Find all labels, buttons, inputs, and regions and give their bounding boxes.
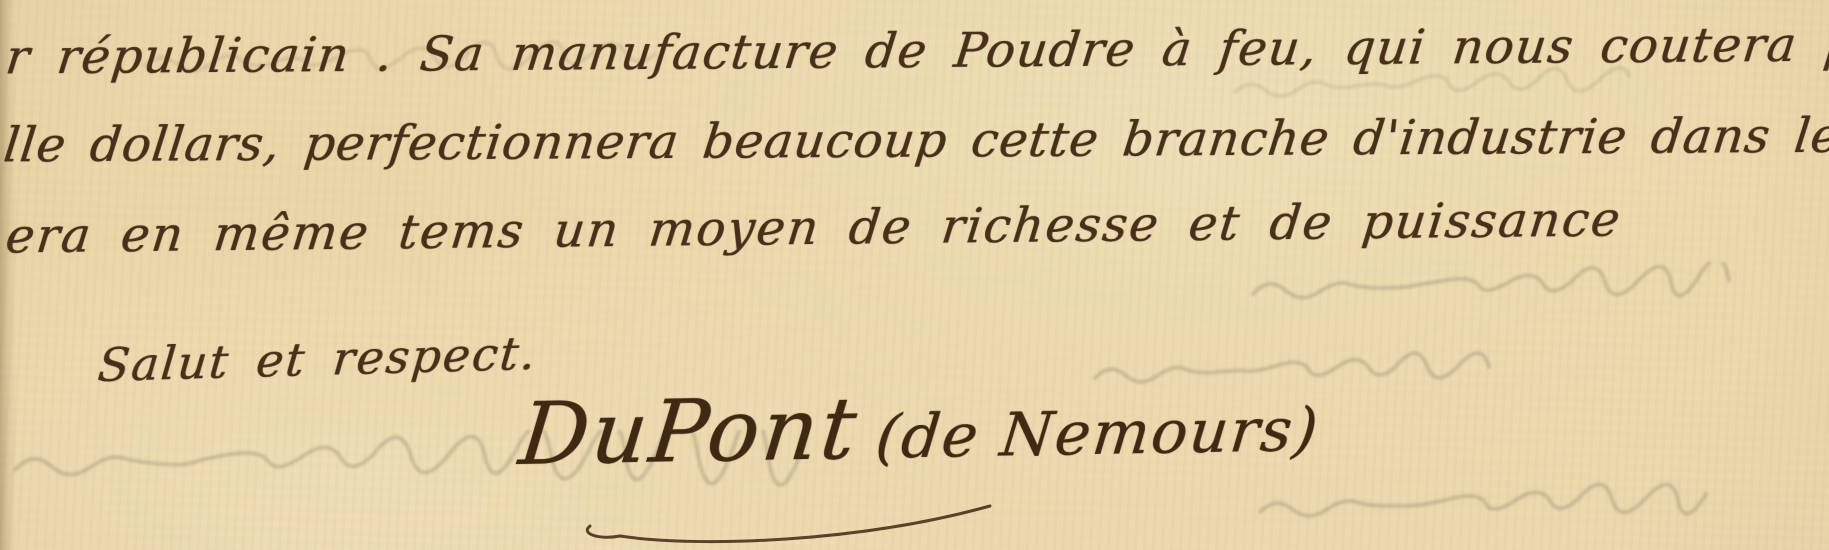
handwritten-line-3: era en même tems un moyen de richesse et… bbox=[6, 192, 1622, 265]
signature: DuPont(de Nemours) bbox=[519, 371, 1320, 485]
handwritten-line-3-text: era en même tems un moyen de richesse et… bbox=[3, 192, 1625, 265]
signature-name: DuPont bbox=[515, 379, 864, 485]
signature-suffix: (de Nemours) bbox=[873, 395, 1323, 473]
handwritten-line-2: lle dollars, perfectionnera beaucoup cet… bbox=[4, 107, 1829, 174]
bleedthrough-ghost-bottom-right bbox=[1255, 478, 1815, 538]
manuscript-page: r républicain . Sa manufacture de Poudre… bbox=[0, 0, 1829, 550]
salutation-text: Salut et respect. bbox=[96, 326, 540, 392]
signature-flourish bbox=[560, 492, 1060, 547]
handwritten-line-2-text: lle dollars, perfectionnera beaucoup cet… bbox=[1, 107, 1829, 174]
salutation-line: Salut et respect. bbox=[97, 326, 537, 392]
bleedthrough-ghost-right-1 bbox=[1248, 262, 1808, 318]
